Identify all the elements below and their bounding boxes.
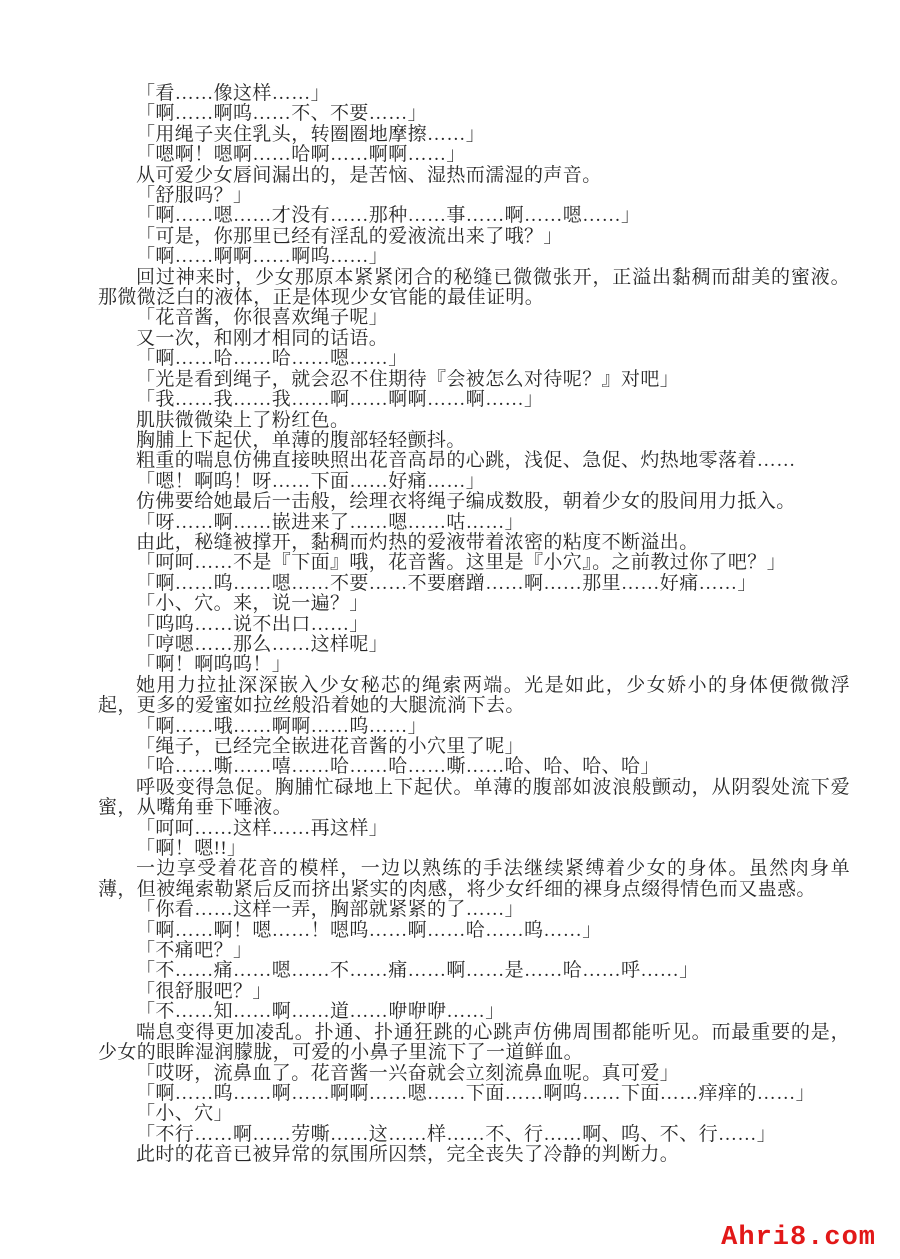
narration-line: 胸脯上下起伏，单薄的腹部轻轻颤抖。 (98, 431, 850, 451)
dialogue-line: 「啊……啊！嗯……！嗯呜……啊……哈……呜……」 (98, 921, 850, 941)
dialogue-line: 「啊……嗯……才没有……那种……事……啊……嗯……」 (98, 206, 850, 226)
narration-line: 此时的花音已被异常的氛围所囚禁，完全丧失了冷静的判断力。 (98, 1145, 850, 1165)
dialogue-line: 「舒服吗？」 (98, 186, 850, 206)
dialogue-line: 「不行……啊……劳嘶……这……样……不、行……啊、呜、不、行……」 (98, 1125, 850, 1145)
dialogue-line: 「哎呀，流鼻血了。花音酱一兴奋就会立刻流鼻血呢。真可爱」 (98, 1064, 850, 1084)
narration-line: 粗重的喘息仿佛直接映照出花音高昂的心跳，浅促、急促、灼热地零落着…… (98, 451, 850, 471)
dialogue-line: 「啊……呜……啊……啊啊……嗯……下面……啊呜……下面……痒痒的……」 (98, 1084, 850, 1104)
dialogue-line: 「不痛吧？」 (98, 941, 850, 961)
dialogue-line: 「哼嗯……那么……这样呢」 (98, 635, 850, 655)
dialogue-line: 「嗯啊！嗯啊……哈啊……啊啊……」 (98, 145, 850, 165)
dialogue-line: 「绳子，已经完全嵌进花音酱的小穴里了呢」 (98, 737, 850, 757)
dialogue-line: 「小、穴。来，说一遍？」 (98, 594, 850, 614)
dialogue-line: 「啊……哈……哈……嗯……」 (98, 349, 850, 369)
dialogue-line: 「你看……这样一弄，胸部就紧紧的了……」 (98, 900, 850, 920)
narration-line: 仿佛要给她最后一击般，绘理衣将绳子编成数股，朝着少女的股间用力抵入。 (98, 492, 850, 512)
dialogue-line: 「用绳子夹住乳头，转圈圈地摩擦……」 (98, 125, 850, 145)
dialogue-line: 「呀……啊……嵌进来了……嗯……咕……」 (98, 513, 850, 533)
dialogue-line: 「花音酱，你很喜欢绳子呢」 (98, 308, 850, 328)
dialogue-line: 「啊！嗯!!」 (98, 839, 850, 859)
watermark: Ahri8.com (721, 1223, 876, 1253)
dialogue-line: 「嗯！啊呜！呀……下面……好痛……」 (98, 472, 850, 492)
narration-line: 从可爱少女唇间漏出的，是苦恼、湿热而濡湿的声音。 (98, 166, 850, 186)
dialogue-line: 「啊……哦……啊啊……呜……」 (98, 717, 850, 737)
narration-line: 由此，秘缝被撑开，黏稠而灼热的爱液带着浓密的粘度不断溢出。 (98, 533, 850, 553)
dialogue-line: 「啊……啊啊……啊呜……」 (98, 247, 850, 267)
narration-line: 呼吸变得急促。胸脯忙碌地上下起伏。单薄的腹部如波浪般颤动，从阴裂处流下爱蜜，从嘴… (98, 778, 850, 819)
dialogue-line: 「哈……嘶……嘻……哈……哈……嘶……哈、哈、哈、哈」 (98, 757, 850, 777)
dialogue-line: 「呵呵……这样……再这样」 (98, 819, 850, 839)
narration-line: 肌肤微微染上了粉红色。 (98, 411, 850, 431)
document-page: 「看……像这样……」「啊……啊呜……不、不要……」「用绳子夹住乳头，转圈圈地摩擦… (0, 0, 900, 1259)
narration-line: 喘息变得更加凌乱。扑通、扑通狂跳的心跳声仿佛周围都能听见。而最重要的是，少女的眼… (98, 1023, 850, 1064)
dialogue-line: 「啊！啊呜呜！」 (98, 655, 850, 675)
dialogue-line: 「啊……啊呜……不、不要……」 (98, 104, 850, 124)
narration-line: 她用力拉扯深深嵌入少女秘芯的绳索两端。光是如此，少女娇小的身体便微微浮起，更多的… (98, 676, 850, 717)
narration-line: 一边享受着花音的模样，一边以熟练的手法继续紧缚着少女的身体。虽然肉身单薄，但被绳… (98, 859, 850, 900)
dialogue-line: 「啊……呜……嗯……不要……不要磨蹭……啊……那里……好痛……」 (98, 574, 850, 594)
dialogue-line: 「看……像这样……」 (98, 84, 850, 104)
dialogue-line: 「我……我……我……啊……啊啊……啊……」 (98, 390, 850, 410)
dialogue-line: 「不……痛……嗯……不……痛……啊……是……哈……呼……」 (98, 961, 850, 981)
narration-line: 又一次，和刚才相同的话语。 (98, 329, 850, 349)
dialogue-line: 「可是，你那里已经有淫乱的爱液流出来了哦？」 (98, 227, 850, 247)
dialogue-line: 「不……知……啊……道……咿咿咿……」 (98, 1002, 850, 1022)
text-body: 「看……像这样……」「啊……啊呜……不、不要……」「用绳子夹住乳头，转圈圈地摩擦… (98, 84, 850, 1166)
dialogue-line: 「小、穴」 (98, 1104, 850, 1124)
dialogue-line: 「光是看到绳子，就会忍不住期待『会被怎么对待呢？』对吧」 (98, 370, 850, 390)
narration-line: 回过神来时，少女那原本紧紧闭合的秘缝已微微张开，正溢出黏稠而甜美的蜜液。那微微泛… (98, 268, 850, 309)
dialogue-line: 「很舒服吧？」 (98, 982, 850, 1002)
dialogue-line: 「呵呵……不是『下面』哦，花音酱。这里是『小穴』。之前教过你了吧？」 (98, 553, 850, 573)
dialogue-line: 「呜呜……说不出口……」 (98, 615, 850, 635)
